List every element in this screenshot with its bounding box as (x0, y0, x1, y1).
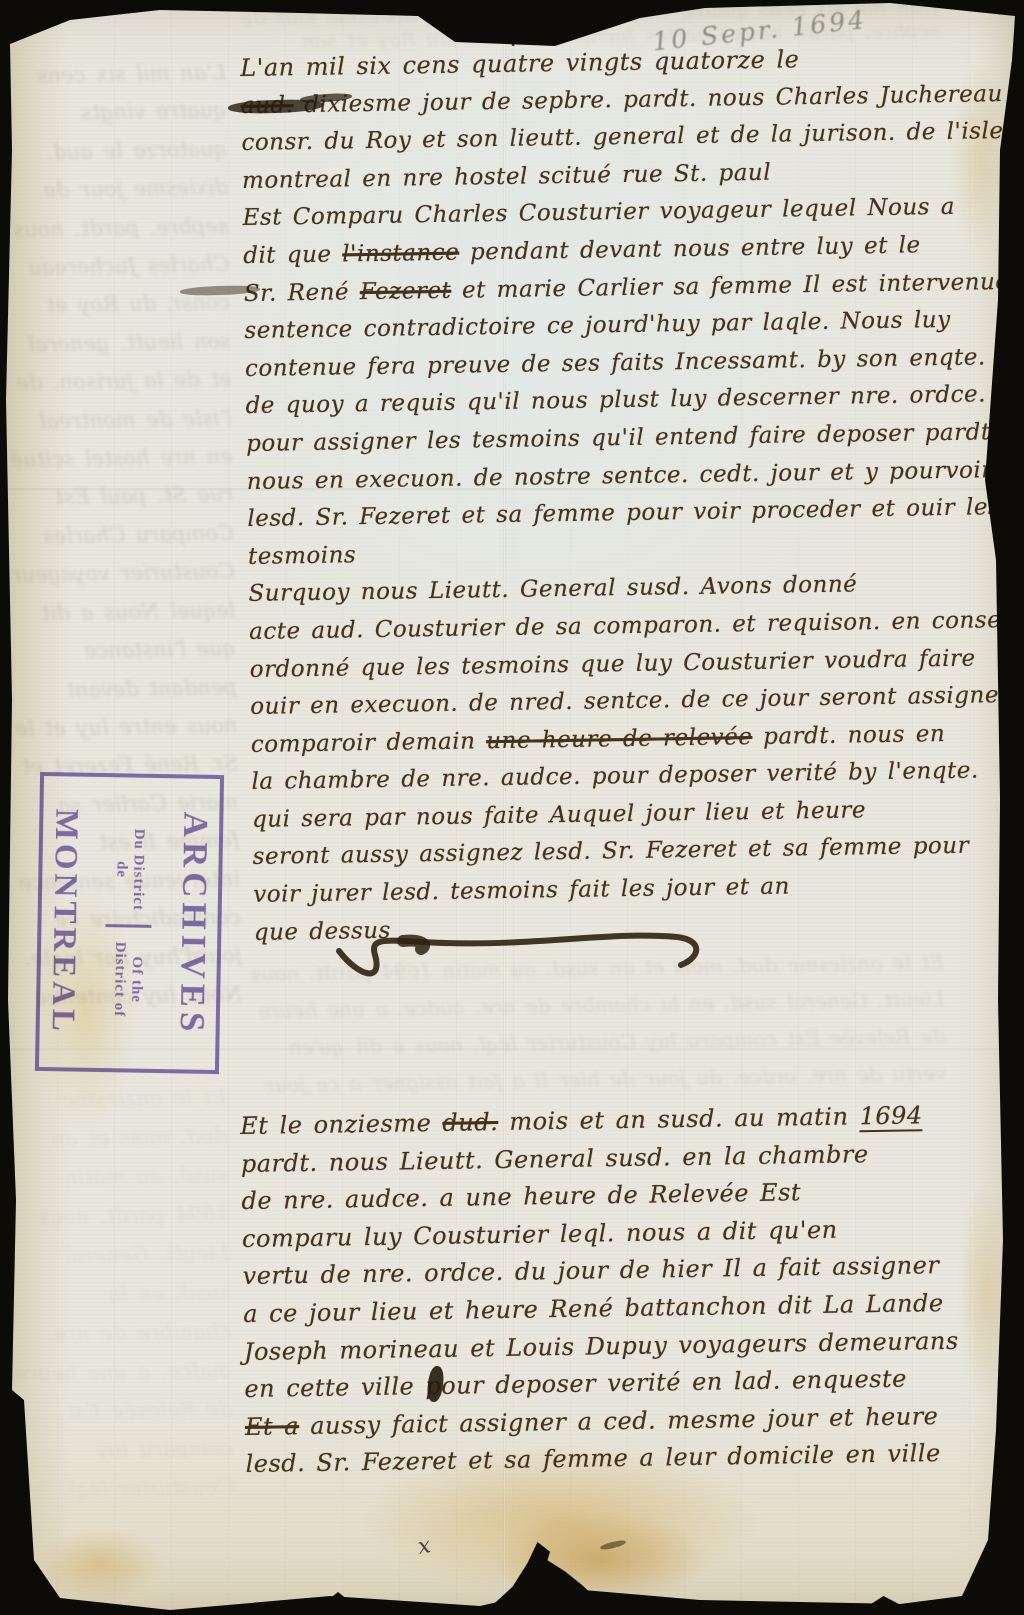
ink-blot (600, 1539, 627, 1551)
archive-stamp: ARCHIVES Du District de Of the District … (35, 772, 224, 1074)
stamp-text-english: Of the District of (110, 942, 146, 1018)
stamp-fr-line1: Du District (129, 829, 148, 912)
manuscript-act-2: Et le onziesme dud. mois et an susd. au … (240, 1096, 986, 1484)
stamp-city: MONTREAL (46, 808, 83, 1035)
stamp-title: ARCHIVES (175, 811, 214, 1036)
stamp-middle: Du District de Of the District of (104, 828, 153, 1018)
stain (20, 1520, 180, 1610)
stamp-fr-line2: de (111, 828, 130, 911)
ghost-writing: Et le onziesme dud. mois et an susd. au … (6, 1078, 233, 1512)
signature-flourish (325, 915, 725, 985)
stamp-en-line1: Of the (127, 942, 146, 1018)
x-mark: x (416, 1533, 433, 1560)
stamp-text-french: Du District de (111, 828, 147, 911)
stamp-en-line2: District of (110, 942, 129, 1018)
stamp-divider (105, 924, 151, 928)
manuscript-photo: L'an mil six cens quatre vingts quatorze… (0, 0, 1024, 1615)
manuscript-act-1: L'an mil six cens quatre vingts quatorze… (240, 38, 994, 952)
paper: L'an mil six cens quatre vingts quatorze… (0, 0, 1024, 1615)
